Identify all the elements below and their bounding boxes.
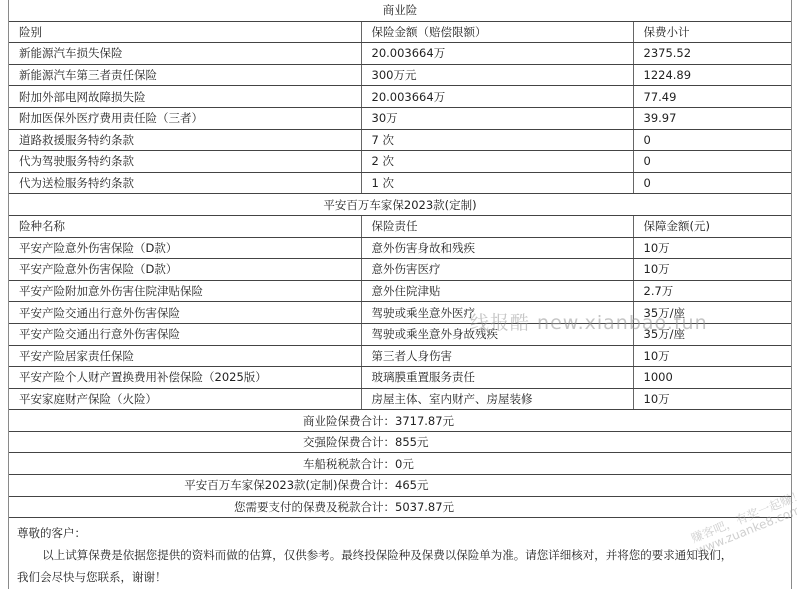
- total-row-vehicle-tax: 车船税税款合计： 0元: [9, 453, 791, 475]
- insured-amount: 20.003664万: [361, 43, 633, 65]
- column-header-coverage-amount: 保障金额(元): [633, 215, 791, 237]
- liability: 意外住院津贴: [361, 280, 633, 302]
- commercial-section-header: 商业险: [9, 0, 791, 21]
- customer-notice: 尊敬的客户： 以上试算保费是依据您提供的资料而做的估算，仅供参考。最终投保险种及…: [9, 518, 791, 589]
- premium: 2375.52: [633, 43, 791, 65]
- coverage-amount: 35万/座: [633, 302, 791, 324]
- notice-greeting: 尊敬的客户：: [17, 522, 781, 544]
- premium: 39.97: [633, 107, 791, 129]
- coverage-name: 道路救援服务特约条款: [9, 129, 361, 151]
- column-header-coverage: 险别: [9, 21, 361, 43]
- insured-amount: 30万: [361, 107, 633, 129]
- total-value: 855元: [395, 432, 428, 452]
- family-plan-section-header: 平安百万车家保2023款(定制): [9, 194, 791, 216]
- coverage-amount: 1000: [633, 367, 791, 389]
- table-row: 平安产险交通出行意外伤害保险 驾驶或乘坐意外医疗 35万/座: [9, 302, 791, 324]
- premium: 77.49: [633, 86, 791, 108]
- table-row: 附加外部电网故障损失险 20.003664万 77.49: [9, 86, 791, 108]
- insured-amount: 20.003664万: [361, 86, 633, 108]
- commercial-column-headers: 险别 保险金额（赔偿限额） 保费小计: [9, 21, 791, 43]
- total-row-compulsory: 交强险保费合计： 855元: [9, 431, 791, 453]
- coverage-name: 附加外部电网故障损失险: [9, 86, 361, 108]
- insured-amount: 7 次: [361, 129, 633, 151]
- notice-body-line2: 我们会尽快与您联系，谢谢！: [17, 566, 781, 588]
- table-row: 道路救援服务特约条款 7 次 0: [9, 129, 791, 151]
- premium: 1224.89: [633, 64, 791, 86]
- total-label: 交强险保费合计：: [9, 432, 395, 452]
- notice-body-line1: 以上试算保费是依据您提供的资料而做的估算，仅供参考。最终投保险种及保费以保险单为…: [17, 544, 781, 566]
- total-row-family-plan: 平安百万车家保2023款(定制)保费合计： 465元: [9, 475, 791, 497]
- total-label: 平安百万车家保2023款(定制)保费合计：: [9, 475, 395, 495]
- coverage-amount: 10万: [633, 388, 791, 410]
- coverage-amount: 10万: [633, 259, 791, 281]
- product-name: 平安产险交通出行意外伤害保险: [9, 323, 361, 345]
- table-row: 新能源汽车第三者责任保险 300万元 1224.89: [9, 64, 791, 86]
- family-plan-column-headers: 险种名称 保险责任 保障金额(元): [9, 215, 791, 237]
- section-title: 平安百万车家保2023款(定制): [9, 194, 791, 216]
- total-label: 您需要支付的保费及税款合计：: [9, 497, 395, 517]
- column-header-premium: 保费小计: [633, 21, 791, 43]
- insured-amount: 1 次: [361, 172, 633, 194]
- table-row: 平安产险交通出行意外伤害保险 驾驶或乘坐意外身故残疾 35万/座: [9, 323, 791, 345]
- product-name: 平安产险交通出行意外伤害保险: [9, 302, 361, 324]
- insured-amount: 300万元: [361, 64, 633, 86]
- liability: 意外伤害身故和残疾: [361, 237, 633, 259]
- column-header-liability: 保险责任: [361, 215, 633, 237]
- liability: 驾驶或乘坐意外身故残疾: [361, 323, 633, 345]
- total-row-grand-total: 您需要支付的保费及税款合计： 5037.87元: [9, 496, 791, 518]
- column-header-product: 险种名称: [9, 215, 361, 237]
- premium: 0: [633, 129, 791, 151]
- total-row-commercial: 商业险保费合计： 3717.87元: [9, 410, 791, 432]
- total-value: 0元: [395, 454, 414, 474]
- table-row: 平安产险意外伤害保险（D款） 意外伤害身故和残疾 10万: [9, 237, 791, 259]
- product-name: 平安产险附加意外伤害住院津贴保险: [9, 280, 361, 302]
- premium: 0: [633, 151, 791, 173]
- liability: 驾驶或乘坐意外医疗: [361, 302, 633, 324]
- section-title: 商业险: [9, 0, 791, 21]
- table-row: 平安产险居家责任保险 第三者人身伤害 10万: [9, 345, 791, 367]
- quote-sheet: 商业险 险别 保险金额（赔偿限额） 保费小计 新能源汽车损失保险 20.0036…: [8, 0, 792, 589]
- coverage-name: 代为送检服务特约条款: [9, 172, 361, 194]
- coverage-name: 新能源汽车第三者责任保险: [9, 64, 361, 86]
- product-name: 平安产险意外伤害保险（D款）: [9, 259, 361, 281]
- coverage-name: 附加医保外医疗费用责任险（三者）: [9, 107, 361, 129]
- coverage-name: 新能源汽车损失保险: [9, 43, 361, 65]
- total-value: 465元: [395, 475, 428, 495]
- coverage-amount: 10万: [633, 237, 791, 259]
- total-label: 车船税税款合计：: [9, 454, 395, 474]
- total-label: 商业险保费合计：: [9, 411, 395, 431]
- coverage-amount: 35万/座: [633, 323, 791, 345]
- table-row: 附加医保外医疗费用责任险（三者） 30万 39.97: [9, 107, 791, 129]
- total-value: 3717.87元: [395, 411, 454, 431]
- table-row: 新能源汽车损失保险 20.003664万 2375.52: [9, 43, 791, 65]
- coverage-amount: 2.7万: [633, 280, 791, 302]
- product-name: 平安产险个人财产置换费用补偿保险（2025版）: [9, 367, 361, 389]
- table-row: 代为驾驶服务特约条款 2 次 0: [9, 151, 791, 173]
- liability: 意外伤害医疗: [361, 259, 633, 281]
- coverage-amount: 10万: [633, 345, 791, 367]
- table-row: 平安产险附加意外伤害住院津贴保险 意外住院津贴 2.7万: [9, 280, 791, 302]
- coverage-name: 代为驾驶服务特约条款: [9, 151, 361, 173]
- table-row: 平安家庭财产保险（火险） 房屋主体、室内财产、房屋装修 10万: [9, 388, 791, 410]
- product-name: 平安家庭财产保险（火险）: [9, 388, 361, 410]
- product-name: 平安产险意外伤害保险（D款）: [9, 237, 361, 259]
- liability: 房屋主体、室内财产、房屋装修: [361, 388, 633, 410]
- liability: 第三者人身伤害: [361, 345, 633, 367]
- table-row: 平安产险意外伤害保险（D款） 意外伤害医疗 10万: [9, 259, 791, 281]
- product-name: 平安产险居家责任保险: [9, 345, 361, 367]
- column-header-insured-amount: 保险金额（赔偿限额）: [361, 21, 633, 43]
- total-value: 5037.87元: [395, 497, 454, 517]
- liability: 玻璃膜重置服务责任: [361, 367, 633, 389]
- premium: 0: [633, 172, 791, 194]
- table-row: 平安产险个人财产置换费用补偿保险（2025版） 玻璃膜重置服务责任 1000: [9, 367, 791, 389]
- quote-table: 商业险 险别 保险金额（赔偿限额） 保费小计 新能源汽车损失保险 20.0036…: [9, 0, 791, 518]
- insured-amount: 2 次: [361, 151, 633, 173]
- table-row: 代为送检服务特约条款 1 次 0: [9, 172, 791, 194]
